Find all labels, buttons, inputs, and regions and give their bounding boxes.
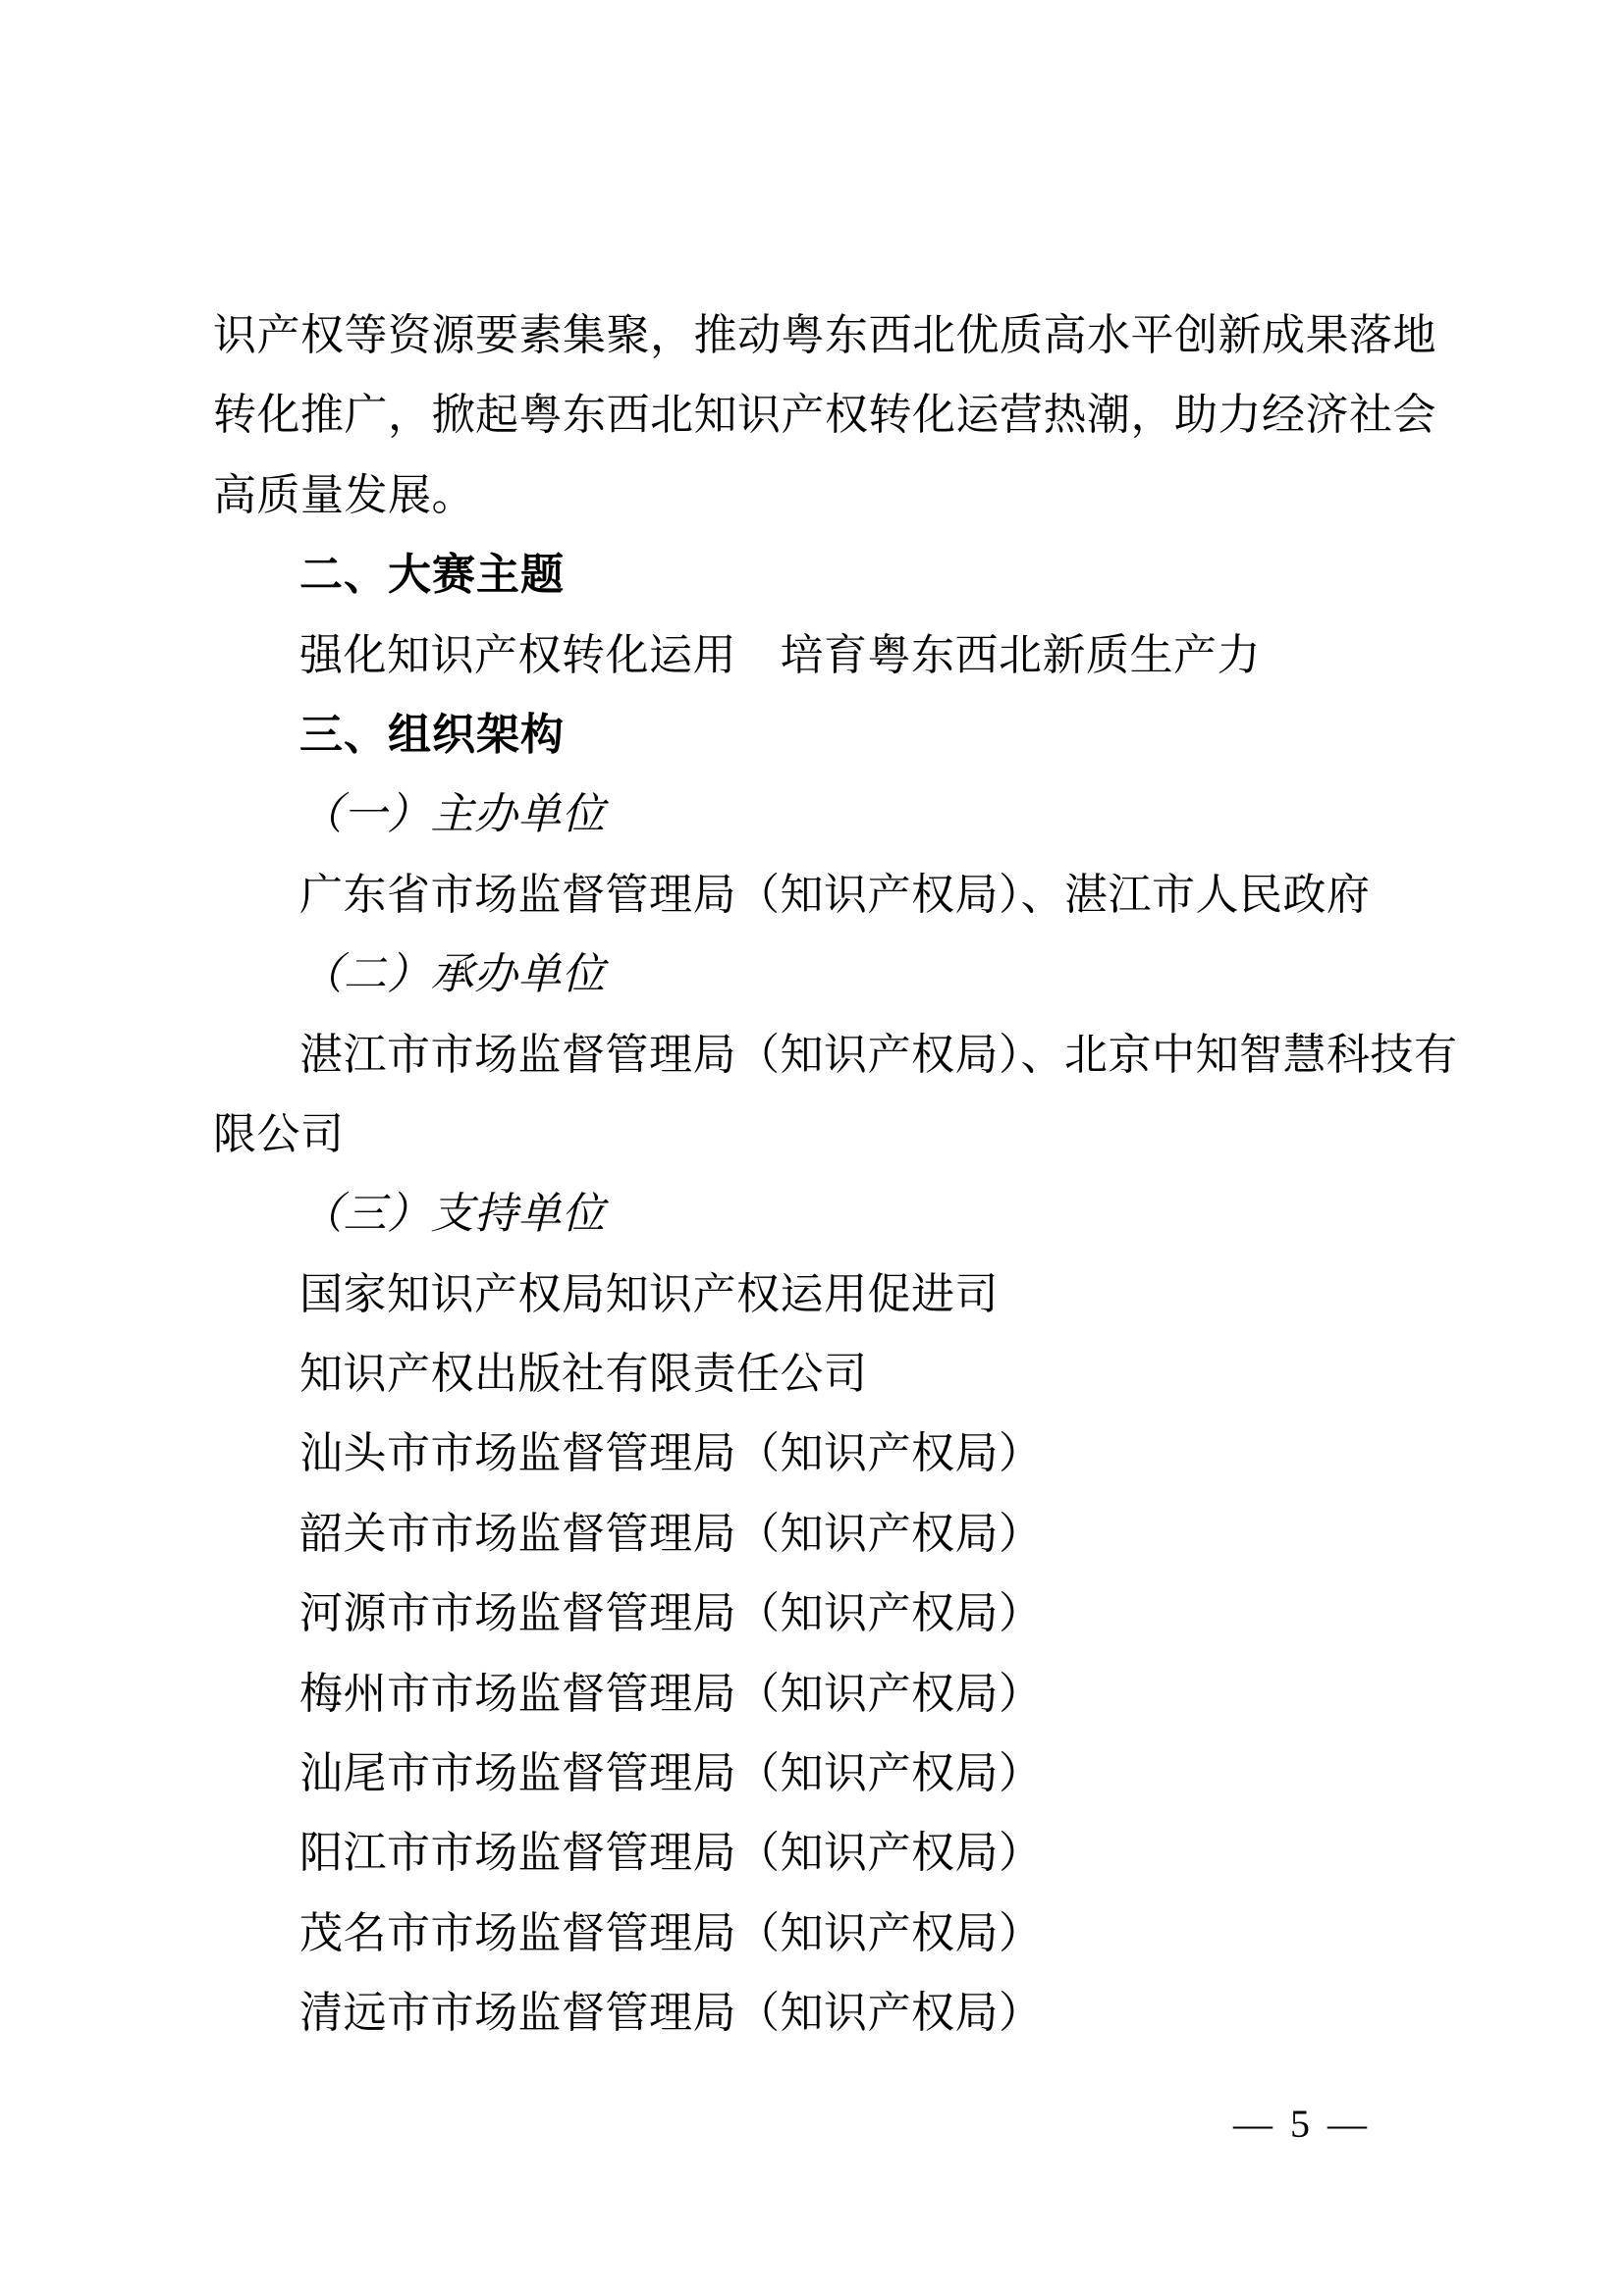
text-line: 二、大赛主题 xyxy=(213,535,1480,614)
text-line: 清远市市场监督管理局（知识产权局） xyxy=(213,1973,1480,2053)
text-line: 湛江市市场监督管理局（知识产权局）、北京中知智慧科技有 xyxy=(213,1015,1480,1095)
text-line: 限公司 xyxy=(213,1095,1480,1174)
text-line: 汕尾市市场监督管理局（知识产权局） xyxy=(213,1734,1480,1813)
text-line: 河源市市场监督管理局（知识产权局） xyxy=(213,1574,1480,1653)
document-body: 识产权等资源要素集聚，推动粤东西北优质高水平创新成果落地转化推广，掀起粤东西北知… xyxy=(213,295,1480,2054)
text-line: 转化推广，掀起粤东西北知识产权转化运营热潮，助力经济社会 xyxy=(213,375,1480,454)
text-line: 阳江市市场监督管理局（知识产权局） xyxy=(213,1813,1480,1893)
text-line: 茂名市市场监督管理局（知识产权局） xyxy=(213,1894,1480,1973)
text-line: 汕头市市场监督管理局（知识产权局） xyxy=(213,1414,1480,1493)
text-line: 广东省市场监督管理局（知识产权局）、湛江市人民政府 xyxy=(213,855,1480,934)
text-line: （三）支持单位 xyxy=(213,1174,1480,1254)
text-line: 强化知识产权转化运用 培育粤东西北新质生产力 xyxy=(213,615,1480,695)
text-line: 国家知识产权局知识产权运用促进司 xyxy=(213,1255,1480,1334)
document-page: 识产权等资源要素集聚，推动粤东西北优质高水平创新成果落地转化推广，掀起粤东西北知… xyxy=(0,0,1624,2296)
text-line: 三、组织架构 xyxy=(213,695,1480,774)
text-line: （一）主办单位 xyxy=(213,774,1480,854)
text-line: （二）承办单位 xyxy=(213,934,1480,1014)
text-line: 梅州市市场监督管理局（知识产权局） xyxy=(213,1654,1480,1734)
page-number: — 5 — xyxy=(1233,2103,1371,2146)
text-line: 识产权等资源要素集聚，推动粤东西北优质高水平创新成果落地 xyxy=(213,295,1480,375)
text-line: 韶关市市场监督管理局（知识产权局） xyxy=(213,1494,1480,1574)
text-line: 高质量发展。 xyxy=(213,455,1480,535)
text-line: 知识产权出版社有限责任公司 xyxy=(213,1334,1480,1414)
